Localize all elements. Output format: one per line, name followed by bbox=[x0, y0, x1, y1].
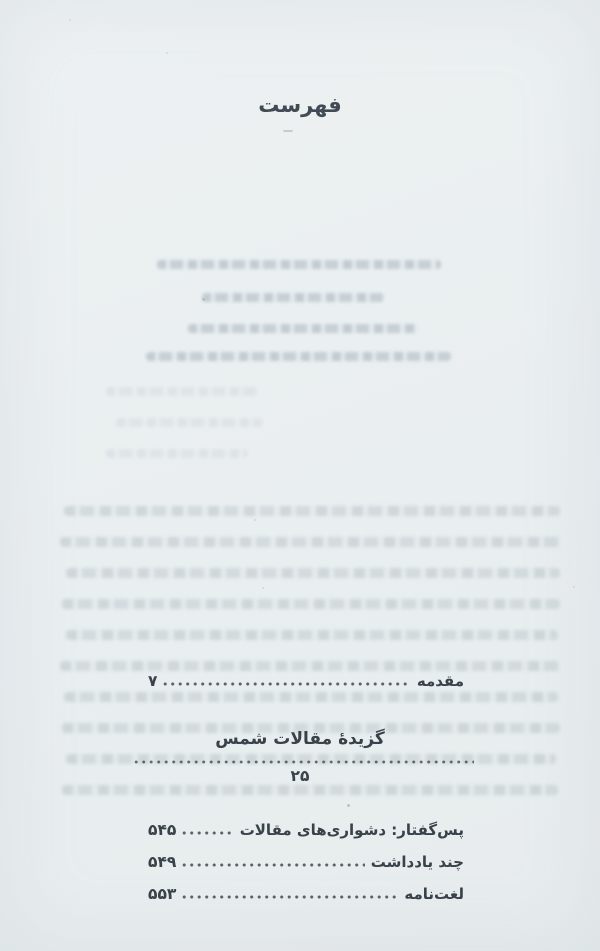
bleed-through-line bbox=[106, 449, 248, 458]
ink-speck bbox=[69, 19, 71, 21]
toc-entry-page-number: ۷ bbox=[148, 672, 157, 691]
page-title: فهرست bbox=[0, 93, 600, 117]
toc-entry-page-number: ۵۵۳ bbox=[148, 885, 176, 904]
ink-speck bbox=[573, 586, 575, 588]
toc-entry-introduction: مقدمه ۷ bbox=[148, 667, 464, 691]
bleed-through-poem-line bbox=[146, 352, 451, 361]
dot-leader bbox=[182, 894, 398, 900]
toc-section-heading: گزیدهٔ مقالات شمس bbox=[0, 729, 600, 749]
dot-leader bbox=[182, 862, 364, 868]
ink-speck bbox=[166, 52, 168, 54]
ink-speck bbox=[254, 519, 256, 521]
ink-speck bbox=[202, 298, 205, 301]
toc-entry-notes: چند یادداشت ۵۴۹ bbox=[148, 848, 464, 872]
toc-entry-label: پس‌گفتار: دشواری‌های مقالات bbox=[240, 821, 464, 840]
toc-entry-afterword: پس‌گفتار: دشواری‌های مقالات ۵۴۵ bbox=[148, 816, 464, 840]
book-page: فهرست مقدمه ۷ گزیدهٔ مقالات شمس ۲۵ پس‌گف… bbox=[0, 0, 600, 951]
bleed-through-poem-line bbox=[157, 260, 441, 269]
ink-speck bbox=[347, 804, 350, 807]
ink-speck bbox=[262, 587, 264, 589]
dot-leader bbox=[163, 681, 410, 687]
bleed-through-paragraph-line bbox=[66, 568, 560, 578]
toc-entry-page-number: ۵۴۹ bbox=[148, 853, 176, 872]
toc-entry-glossary: لغت‌نامه ۵۵۳ bbox=[148, 880, 464, 904]
toc-entry-label: لغت‌نامه bbox=[404, 885, 464, 904]
bleed-through-paragraph-line bbox=[62, 785, 558, 795]
dot-leader bbox=[182, 830, 233, 836]
bleed-through-paragraph-line bbox=[60, 537, 560, 547]
toc-entry-label: مقدمه bbox=[417, 672, 464, 691]
bleed-through-line bbox=[116, 418, 263, 427]
bleed-through-paragraph-line bbox=[62, 599, 560, 609]
bleed-through-poem-line bbox=[202, 293, 384, 302]
toc-section-page-number: ۲۵ bbox=[0, 767, 600, 785]
bleed-through-paragraph-line bbox=[66, 630, 558, 640]
bleed-through-poem-line bbox=[188, 324, 418, 333]
bleed-through-line bbox=[106, 387, 258, 396]
ink-speck bbox=[283, 130, 293, 132]
toc-entry-label: چند یادداشت bbox=[371, 853, 464, 872]
dotted-rule bbox=[134, 759, 474, 765]
bleed-through-paragraph-line bbox=[64, 506, 560, 516]
toc-entry-page-number: ۵۴۵ bbox=[148, 821, 176, 840]
bleed-through-paragraph-line bbox=[64, 692, 558, 702]
